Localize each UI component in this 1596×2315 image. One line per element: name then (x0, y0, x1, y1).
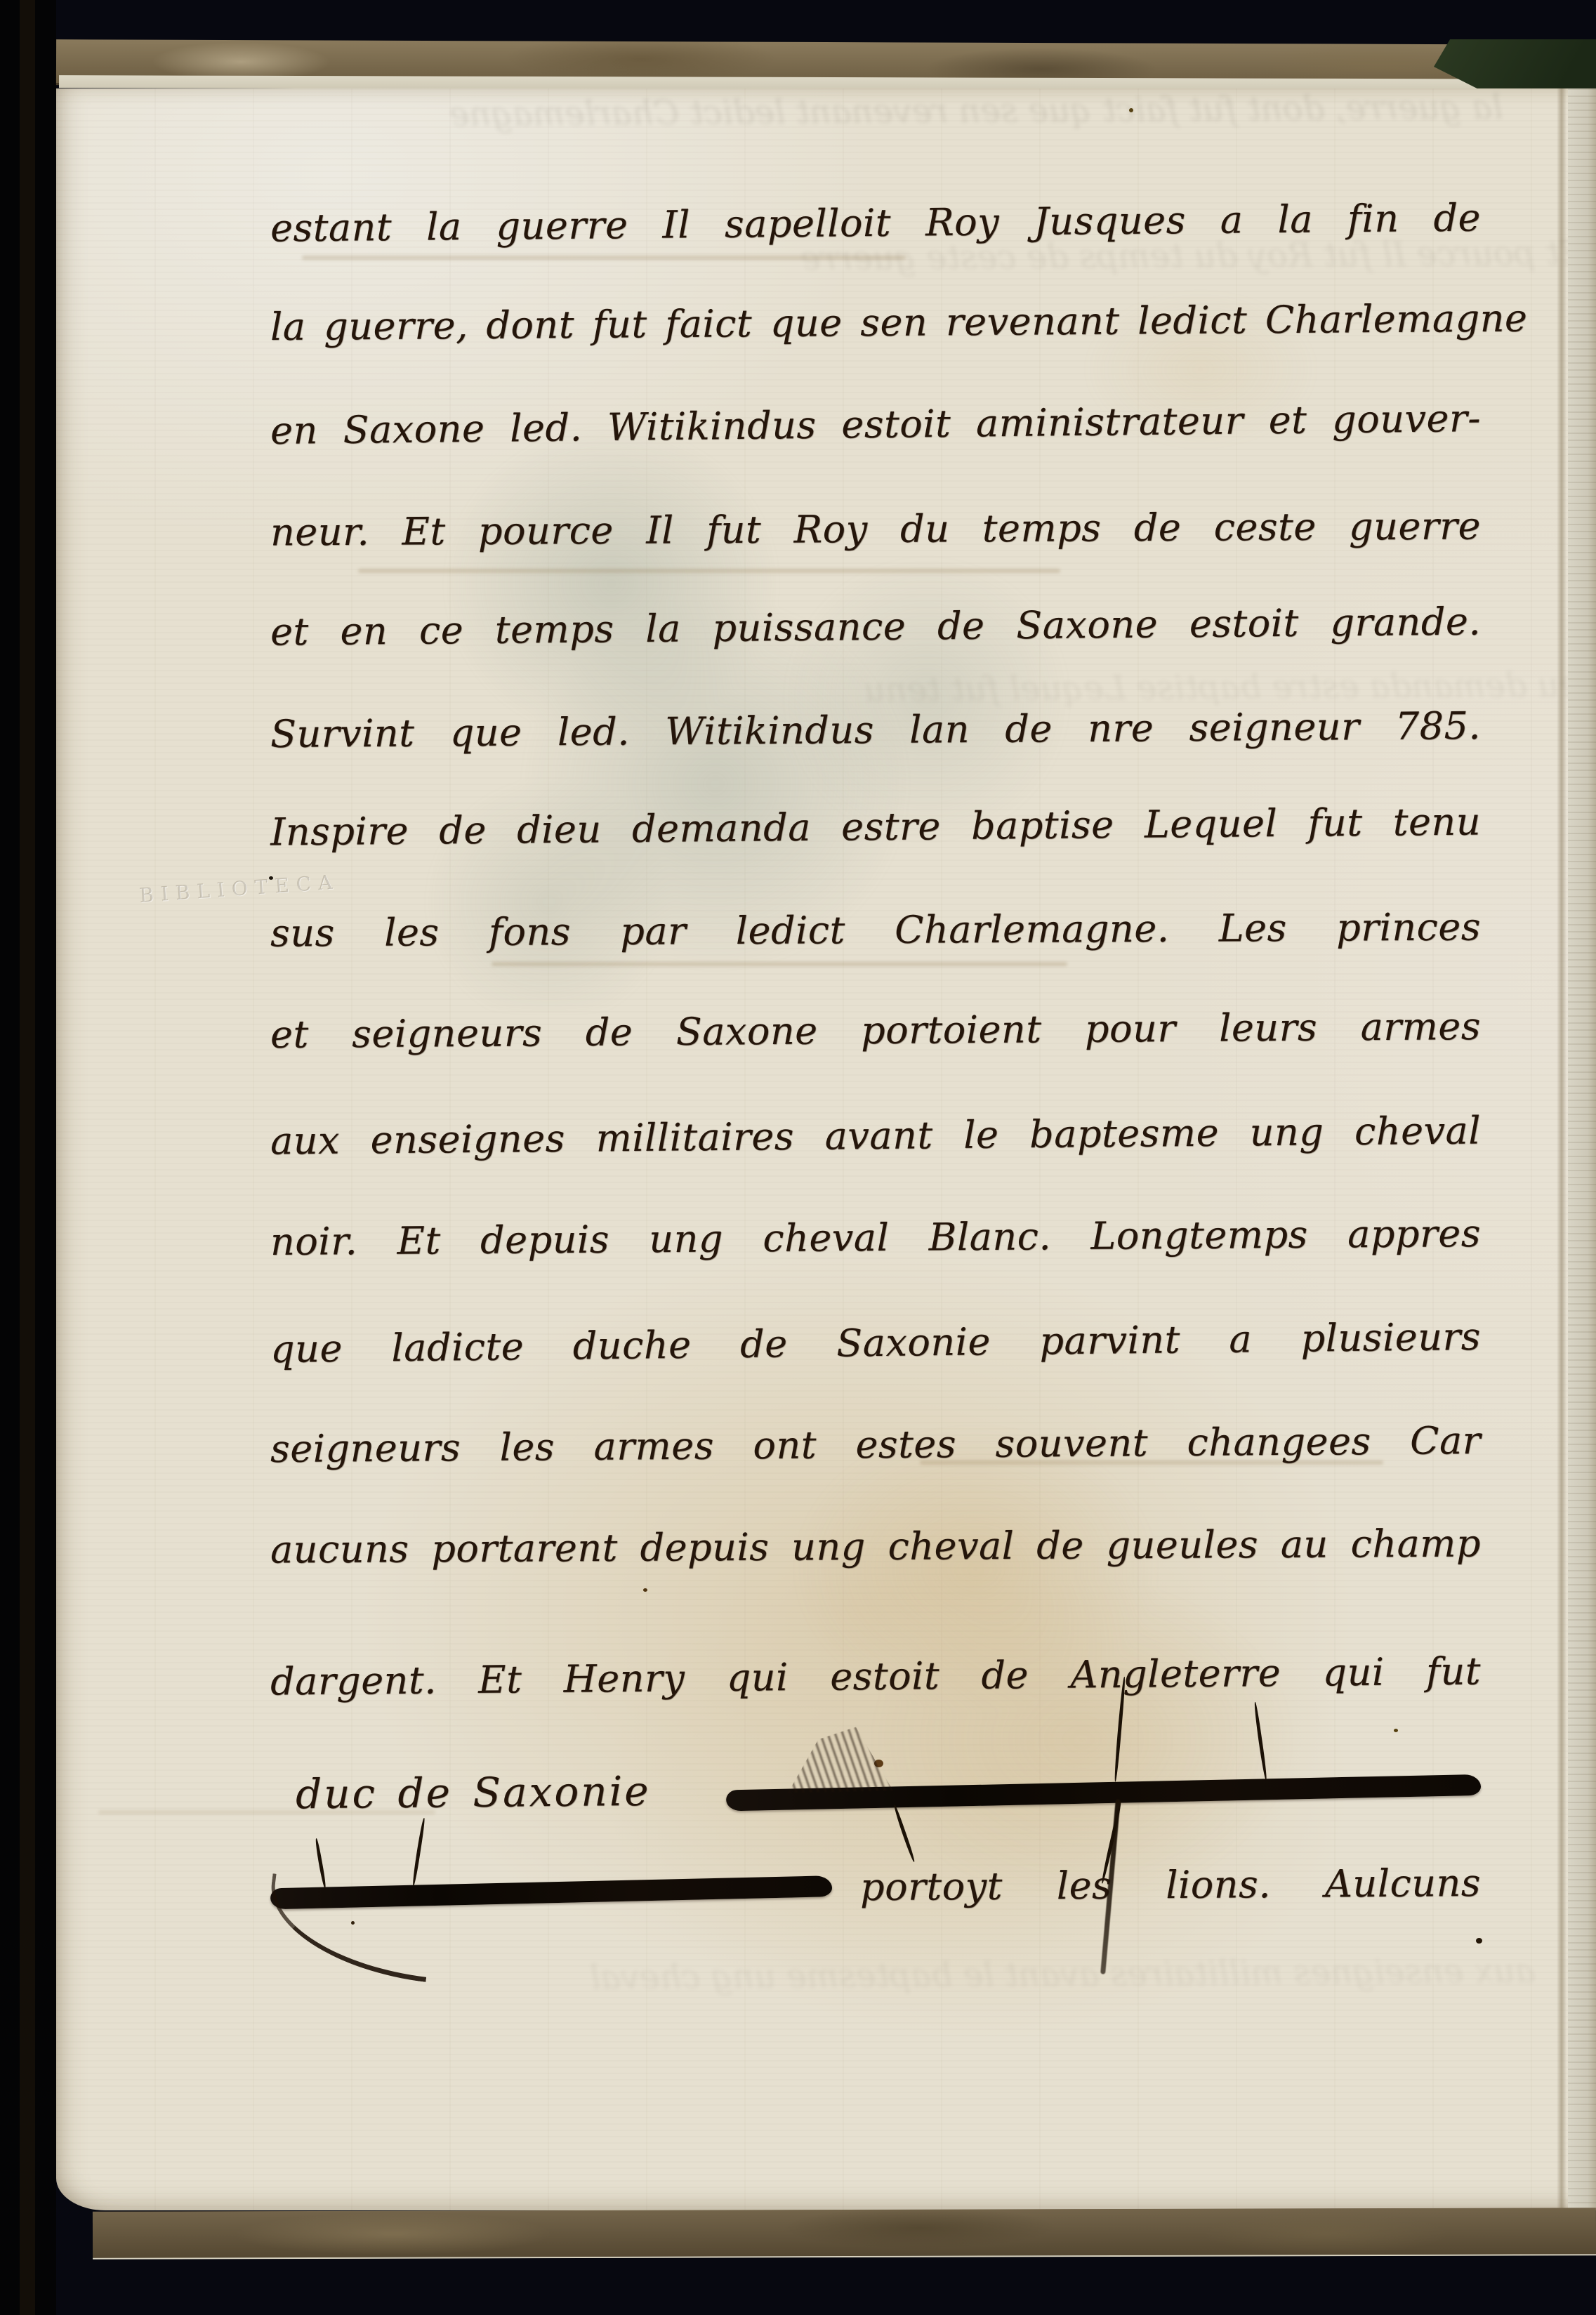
manuscript-line: dargent. Et Henry qui estoit de Angleter… (270, 1641, 1482, 1712)
manuscript-line: seigneurs les armes ont estes souvent ch… (270, 1411, 1482, 1479)
manuscript-line: que ladicte duche de Saxonie parvint a p… (270, 1307, 1482, 1380)
manuscript-page: la guerre, dont fut faict que sen revena… (56, 88, 1596, 2210)
book-block-bottom-edge (93, 2208, 1596, 2260)
verso-showthrough-text: aux enseignes millitaires avant le bapte… (590, 1954, 1536, 1994)
manuscript-line: la guerre, dont fut faict que sen revena… (270, 289, 1482, 357)
ink-spot (1129, 108, 1133, 112)
manuscript-line-text: portoyt les lions. Aulcuns (860, 1853, 1482, 1918)
gutter-crease (1557, 88, 1567, 2210)
manuscript-line: et seigneurs de Saxone portoient pour le… (270, 996, 1482, 1065)
strikethrough-ink-bar (726, 1774, 1481, 1812)
fore-edge-of-leaves (1568, 88, 1596, 2210)
manuscript-line: Inspire de dieu demanda estre baptise Le… (270, 791, 1482, 862)
manuscript-line: portoyt les lions. Aulcuns (270, 1853, 1482, 1922)
ink-offset-streak (492, 962, 1067, 966)
manuscript-line: et en ce temps la puissance de Saxone es… (270, 591, 1482, 662)
manuscript-line: neur. Et pource Il fut Roy du temps de c… (270, 496, 1481, 562)
manuscript-line: aucuns portarent depuis ung cheval de gu… (270, 1513, 1481, 1580)
ink-spot (643, 1588, 647, 1592)
ink-spot (1476, 1938, 1482, 1944)
binding-inner-edge (20, 0, 35, 2315)
manuscript-line: aux enseignes millitaires avant le bapte… (270, 1100, 1482, 1171)
manuscript-line-text: duc de Saxonie (270, 1760, 701, 1824)
manuscript-line: estant la guerre Il sapelloit Roy Jusque… (270, 187, 1482, 258)
manuscript-line: duc de Saxonie (270, 1753, 1482, 1824)
manuscript-line: Survint que led. Witikindus lan de nre s… (270, 696, 1482, 765)
manuscript-line: en Saxone led. Witikindus estoit aminist… (270, 388, 1482, 461)
verso-showthrough-text: la guerre, dont fut faict que sen revena… (449, 91, 1503, 131)
struck-text-descender-flourish (262, 1873, 437, 1982)
manuscript-line: sus les fons par ledict Charlemagne. Les… (270, 897, 1481, 963)
ink-offset-streak (358, 569, 1060, 573)
manuscript-photograph: la guerre, dont fut faict que sen revena… (0, 0, 1596, 2315)
manuscript-line: noir. Et depuis ung cheval Blanc. Longte… (270, 1203, 1482, 1272)
ink-spot (1394, 1729, 1398, 1732)
